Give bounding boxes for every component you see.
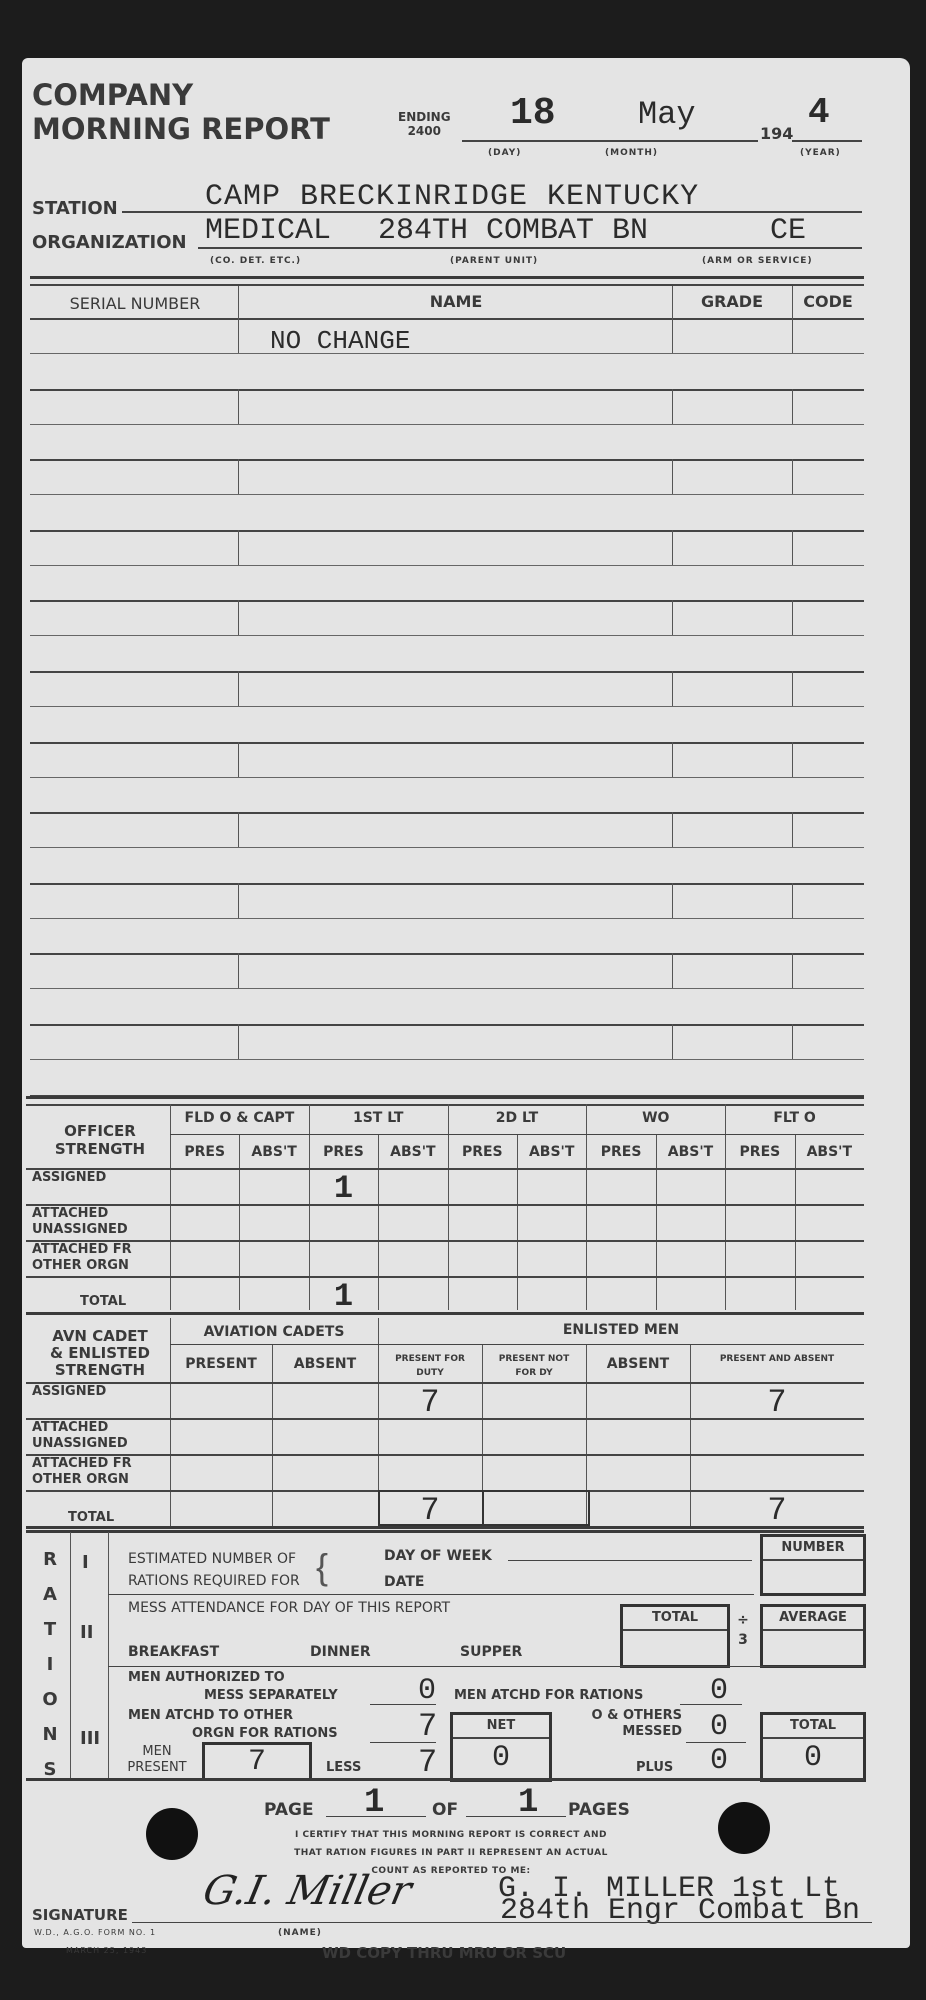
header-code: CODE: [792, 292, 864, 311]
enlisted-subheader: PRESENT AND ABSENT: [690, 1352, 864, 1366]
men-present-value: 7: [205, 1745, 309, 1779]
col-divider: [238, 883, 239, 918]
officer-subheader: PRES: [725, 1144, 794, 1160]
row-separator: [30, 1024, 864, 1026]
enlisted-cell-value: 7: [690, 1492, 864, 1529]
row-midline: [30, 847, 864, 848]
ending-label-line2: 2400: [398, 124, 451, 138]
col-divider: [792, 459, 793, 494]
row-separator: [30, 671, 864, 673]
station-value: CAMP BRECKINRIDGE KENTUCKY: [205, 180, 699, 214]
officer-subheader: ABS'T: [239, 1144, 308, 1160]
col-divider: [672, 671, 673, 706]
brace-icon: {: [316, 1546, 328, 1588]
name-caption: (NAME): [278, 1928, 322, 1938]
organization-label: ORGANIZATION: [32, 232, 187, 253]
officer-row-label: ASSIGNED: [32, 1170, 162, 1186]
col-divider: [672, 389, 673, 424]
auth-line1: MEN AUTHORIZED TO: [128, 1670, 285, 1685]
officer-strength-title: OFFICER STRENGTH: [30, 1122, 170, 1158]
ration-total-box[interactable]: TOTAL 0: [760, 1712, 866, 1782]
unit-caption: (CO. DET. ETC.): [210, 256, 301, 266]
officer-group-header: FLD O & CAPT: [170, 1110, 309, 1126]
col-divider: [238, 812, 239, 847]
header-grade: GRADE: [672, 292, 792, 311]
col-divider: [238, 671, 239, 706]
divisor: 3: [734, 1630, 752, 1650]
enlisted-subheader: ABSENT: [272, 1356, 378, 1372]
col-divider: [672, 530, 673, 565]
officer-title-line1: OFFICER: [30, 1122, 170, 1140]
officer-group-header: WO: [586, 1110, 725, 1126]
form-title-line1: COMPANY: [32, 78, 330, 112]
day-caption: (DAY): [488, 148, 521, 158]
officer-cell-value: 1: [309, 1170, 378, 1207]
men-present-line2: PRESENT: [112, 1760, 202, 1776]
part2-numeral: II: [80, 1622, 93, 1643]
station-label: STATION: [32, 198, 118, 219]
col-divider: [792, 812, 793, 847]
row-separator: [30, 742, 864, 744]
year-underline: [792, 140, 862, 142]
others-value: 0: [710, 1710, 728, 1744]
atchd-rations-value: 0: [710, 1674, 728, 1708]
col-divider: [238, 530, 239, 565]
col-divider: [672, 812, 673, 847]
officer-top-border: [26, 1096, 864, 1099]
atchd-rations-label: MEN ATCHD FOR RATIONS: [454, 1688, 643, 1703]
average-header: AVERAGE: [763, 1607, 863, 1631]
officer-group-header: 2D LT: [448, 1110, 587, 1126]
row-midline: [30, 494, 864, 495]
officer-subheader: ABS'T: [795, 1144, 864, 1160]
auth-line2: MESS SEPARATELY: [204, 1688, 338, 1703]
col-divider: [792, 318, 793, 353]
report-day: 18: [510, 92, 556, 135]
dinner-label: DINNER: [310, 1644, 371, 1660]
mess-total-box[interactable]: TOTAL: [620, 1604, 730, 1668]
enlisted-row-label: TOTAL: [68, 1510, 114, 1526]
col-divider: [792, 742, 793, 777]
others-line2: MESSED: [590, 1724, 682, 1740]
enlisted-subheader: PRESENT FOR DUTY: [378, 1352, 482, 1380]
row-midline: [30, 988, 864, 989]
atchd-other-line1: MEN ATCHD TO OTHER: [128, 1708, 293, 1723]
less-label: LESS: [326, 1760, 361, 1775]
plus-value: 0: [710, 1744, 728, 1778]
table-top-border: [30, 276, 864, 279]
page-number: 1: [364, 1784, 384, 1822]
col-divider: [238, 318, 239, 353]
col-divider: [239, 1134, 240, 1310]
form-title-line2: MORNING REPORT: [32, 112, 330, 146]
row-midline: [30, 635, 864, 636]
officer-subheader: ABS'T: [378, 1144, 447, 1160]
officer-top-border-inner: [26, 1104, 864, 1106]
table-top-border-inner: [30, 284, 864, 286]
col-divider: [672, 742, 673, 777]
officer-subheader: PRES: [170, 1144, 239, 1160]
men-present-box[interactable]: 7: [202, 1742, 312, 1779]
side-letter: N: [30, 1717, 70, 1752]
number-box[interactable]: NUMBER: [760, 1534, 866, 1596]
certify-line1: I CERTIFY THAT THIS MORNING REPORT IS CO…: [236, 1826, 666, 1844]
organization-unit: MEDICAL: [205, 214, 331, 248]
officer-row-label: TOTAL: [80, 1294, 126, 1310]
col-divider: [672, 286, 673, 318]
row-separator: [30, 459, 864, 461]
handwritten-signature: G.I. Miller: [199, 1868, 415, 1914]
officer-cell-value: 1: [309, 1278, 378, 1315]
year-prefix: 194: [760, 124, 793, 143]
col-divider: [792, 883, 793, 918]
copy-note: WD COPY THRU MRU OR SCU: [322, 1944, 566, 1962]
organization-arm-service: CE: [770, 214, 806, 248]
arm-service-caption: (ARM OR SERVICE): [702, 256, 813, 266]
row-midline: [30, 706, 864, 707]
part2-bottom-border: [108, 1666, 864, 1667]
header-serial-number: SERIAL NUMBER: [30, 294, 240, 313]
form-number: W.D., A.G.O. FORM NO. 1: [34, 1928, 156, 1937]
enlisted-subheader: PRESENT: [170, 1356, 272, 1372]
header-underline: [30, 318, 864, 320]
enlisted-bottom-border: [26, 1526, 864, 1529]
officer-bottom-border: [26, 1312, 864, 1315]
enlisted-title-line1: AVN CADET: [30, 1328, 170, 1345]
officer-subheader: PRES: [586, 1144, 655, 1160]
col-divider: [238, 286, 239, 318]
ending-label: ENDING 2400: [398, 110, 451, 138]
col-divider: [792, 600, 793, 635]
supper-label: SUPPER: [460, 1644, 522, 1660]
side-letter: R: [30, 1542, 70, 1577]
others-messed-label: O & OTHERS MESSED: [590, 1708, 682, 1740]
officer-row-separator: [26, 1276, 864, 1278]
row-separator: [30, 953, 864, 955]
officer-group-header: FLT O: [725, 1110, 864, 1126]
form-title: COMPANY MORNING REPORT: [32, 78, 330, 146]
part2-label: MESS ATTENDANCE FOR DAY OF THIS REPORT: [128, 1600, 450, 1616]
men-present-label: MEN PRESENT: [112, 1744, 202, 1776]
row-separator: [30, 389, 864, 391]
enlisted-subheader: PRESENT NOT FOR DY: [482, 1352, 586, 1380]
report-month: May: [638, 96, 696, 133]
col-divider: [792, 286, 793, 318]
day-of-week-label: DAY OF WEEK: [384, 1548, 492, 1564]
of-label: OF: [432, 1800, 458, 1820]
net-header: NET: [453, 1715, 549, 1739]
col-divider: [672, 883, 673, 918]
col-divider: [792, 1024, 793, 1059]
total-pages: 1: [518, 1784, 538, 1822]
group-underline: [170, 1344, 864, 1345]
group-underline: [170, 1134, 864, 1135]
col-divider: [672, 459, 673, 494]
officer-subheader: ABS'T: [517, 1144, 586, 1160]
part1-label-line1: ESTIMATED NUMBER OF: [128, 1548, 300, 1570]
date-underline: [462, 140, 758, 142]
punch-hole-right: [718, 1802, 770, 1854]
date-label: DATE: [384, 1574, 424, 1590]
col-divider: [238, 1024, 239, 1059]
col-divider: [672, 1024, 673, 1059]
breakfast-label: BREAKFAST: [128, 1644, 219, 1660]
col-divider: [656, 1134, 657, 1310]
form-date: MARCH 25, 1943: [66, 1946, 147, 1955]
col-divider: [517, 1134, 518, 1310]
officer-subheader: PRES: [309, 1144, 378, 1160]
net-value: 0: [453, 1739, 549, 1777]
others-line1: O & OTHERS: [590, 1708, 682, 1724]
row-midline: [30, 424, 864, 425]
side-letter: I: [30, 1647, 70, 1682]
part1-numeral: I: [82, 1552, 89, 1573]
number-header: NUMBER: [763, 1537, 863, 1561]
rations-divider-2: [108, 1532, 109, 1778]
officer-title-line2: STRENGTH: [30, 1140, 170, 1158]
atchd-other-value: 7: [418, 1708, 437, 1745]
signature-label: SIGNATURE: [32, 1906, 128, 1924]
rations-divider-1: [70, 1532, 71, 1778]
officer-subheader: PRES: [448, 1144, 517, 1160]
organization-underline: [198, 247, 862, 249]
col-divider: [792, 530, 793, 565]
officer-row-label: ATTACHED FR OTHER ORGN: [32, 1242, 162, 1274]
row-name-no-change: NO CHANGE: [270, 326, 410, 356]
divide-by-three: ÷ 3: [734, 1610, 752, 1650]
enlisted-title-line2: & ENLISTED: [30, 1345, 170, 1362]
rations-top-border: [26, 1530, 864, 1533]
organization-parent-unit: 284TH COMBAT BN: [378, 214, 648, 248]
col-divider: [238, 389, 239, 424]
enlisted-subheader: ABSENT: [586, 1356, 690, 1372]
col-divider: [238, 742, 239, 777]
enlisted-row-label: ATTACHED UNASSIGNED: [32, 1420, 162, 1452]
month-caption: (MONTH): [605, 148, 658, 158]
enlisted-strength-title: AVN CADET & ENLISTED STRENGTH: [30, 1328, 170, 1379]
punch-hole-left: [146, 1808, 198, 1860]
side-letter: O: [30, 1682, 70, 1717]
col-divider: [672, 600, 673, 635]
row-separator: [30, 812, 864, 814]
aviation-cadets-header: AVIATION CADETS: [170, 1324, 378, 1340]
net-box[interactable]: NET 0: [450, 1712, 552, 1782]
part1-label-line2: RATIONS REQUIRED FOR: [128, 1570, 300, 1592]
row-midline: [30, 1059, 864, 1060]
col-divider: [378, 1134, 379, 1310]
divide-icon: ÷: [734, 1610, 752, 1630]
officer-subheader: ABS'T: [656, 1144, 725, 1160]
side-letter: S: [30, 1752, 70, 1787]
part3-numeral: III: [80, 1728, 100, 1749]
ration-total-header: TOTAL: [763, 1715, 863, 1739]
day-of-week-field[interactable]: [508, 1560, 752, 1561]
signature-underline: [132, 1922, 872, 1923]
enlisted-title-line3: STRENGTH: [30, 1362, 170, 1379]
part1-bottom-border: [108, 1594, 754, 1595]
enlisted-cell-value: 7: [378, 1384, 482, 1421]
col-divider: [672, 318, 673, 353]
side-letter: T: [30, 1612, 70, 1647]
station-underline: [122, 211, 862, 213]
col-divider: [795, 1134, 796, 1310]
side-letter: A: [30, 1577, 70, 1612]
pages-underline: [466, 1816, 566, 1817]
col-divider: [792, 671, 793, 706]
row-midline: [30, 353, 864, 354]
mess-total-header: TOTAL: [623, 1607, 727, 1631]
report-year: 4: [808, 92, 830, 133]
total-present-box: [378, 1490, 590, 1526]
row-separator: [30, 883, 864, 885]
col-divider: [238, 459, 239, 494]
page-label: PAGE: [264, 1800, 314, 1820]
enlisted-cell-value: 7: [690, 1384, 864, 1421]
row-midline: [30, 565, 864, 566]
rations-side-letters: R A T I O N S: [30, 1542, 70, 1787]
col-divider: [792, 953, 793, 988]
year-caption: (YEAR): [800, 148, 841, 158]
enlisted-men-header: ENLISTED MEN: [378, 1322, 864, 1338]
ration-total-value: 0: [763, 1739, 863, 1777]
pages-label: PAGES: [568, 1800, 630, 1820]
auth-value: 0: [418, 1674, 436, 1708]
officer-group-header: 1ST LT: [309, 1110, 448, 1126]
enlisted-row-label: ASSIGNED: [32, 1384, 162, 1400]
less-value: 7: [418, 1744, 437, 1781]
col-divider: [238, 953, 239, 988]
average-box[interactable]: AVERAGE: [760, 1604, 866, 1668]
rations-bottom-border: [26, 1778, 864, 1781]
men-present-line1: MEN: [112, 1744, 202, 1760]
row-separator: [30, 600, 864, 602]
part1-label: ESTIMATED NUMBER OF RATIONS REQUIRED FOR: [128, 1548, 300, 1592]
row-separator: [30, 530, 864, 532]
ending-label-line1: ENDING: [398, 110, 451, 124]
certify-line2: THAT RATION FIGURES IN PART II REPRESENT…: [236, 1844, 666, 1862]
parent-unit-caption: (PARENT UNIT): [450, 256, 538, 266]
plus-label: PLUS: [636, 1760, 673, 1775]
row-midline: [30, 777, 864, 778]
row-midline: [30, 918, 864, 919]
officer-row-label: ATTACHED UNASSIGNED: [32, 1206, 162, 1238]
col-divider: [672, 953, 673, 988]
enlisted-row-label: ATTACHED FR OTHER ORGN: [32, 1456, 162, 1488]
header-name: NAME: [240, 292, 672, 311]
col-divider: [238, 600, 239, 635]
atchd-other-line2: ORGN FOR RATIONS: [192, 1726, 338, 1741]
col-divider: [792, 389, 793, 424]
col-divider: [170, 1318, 171, 1526]
